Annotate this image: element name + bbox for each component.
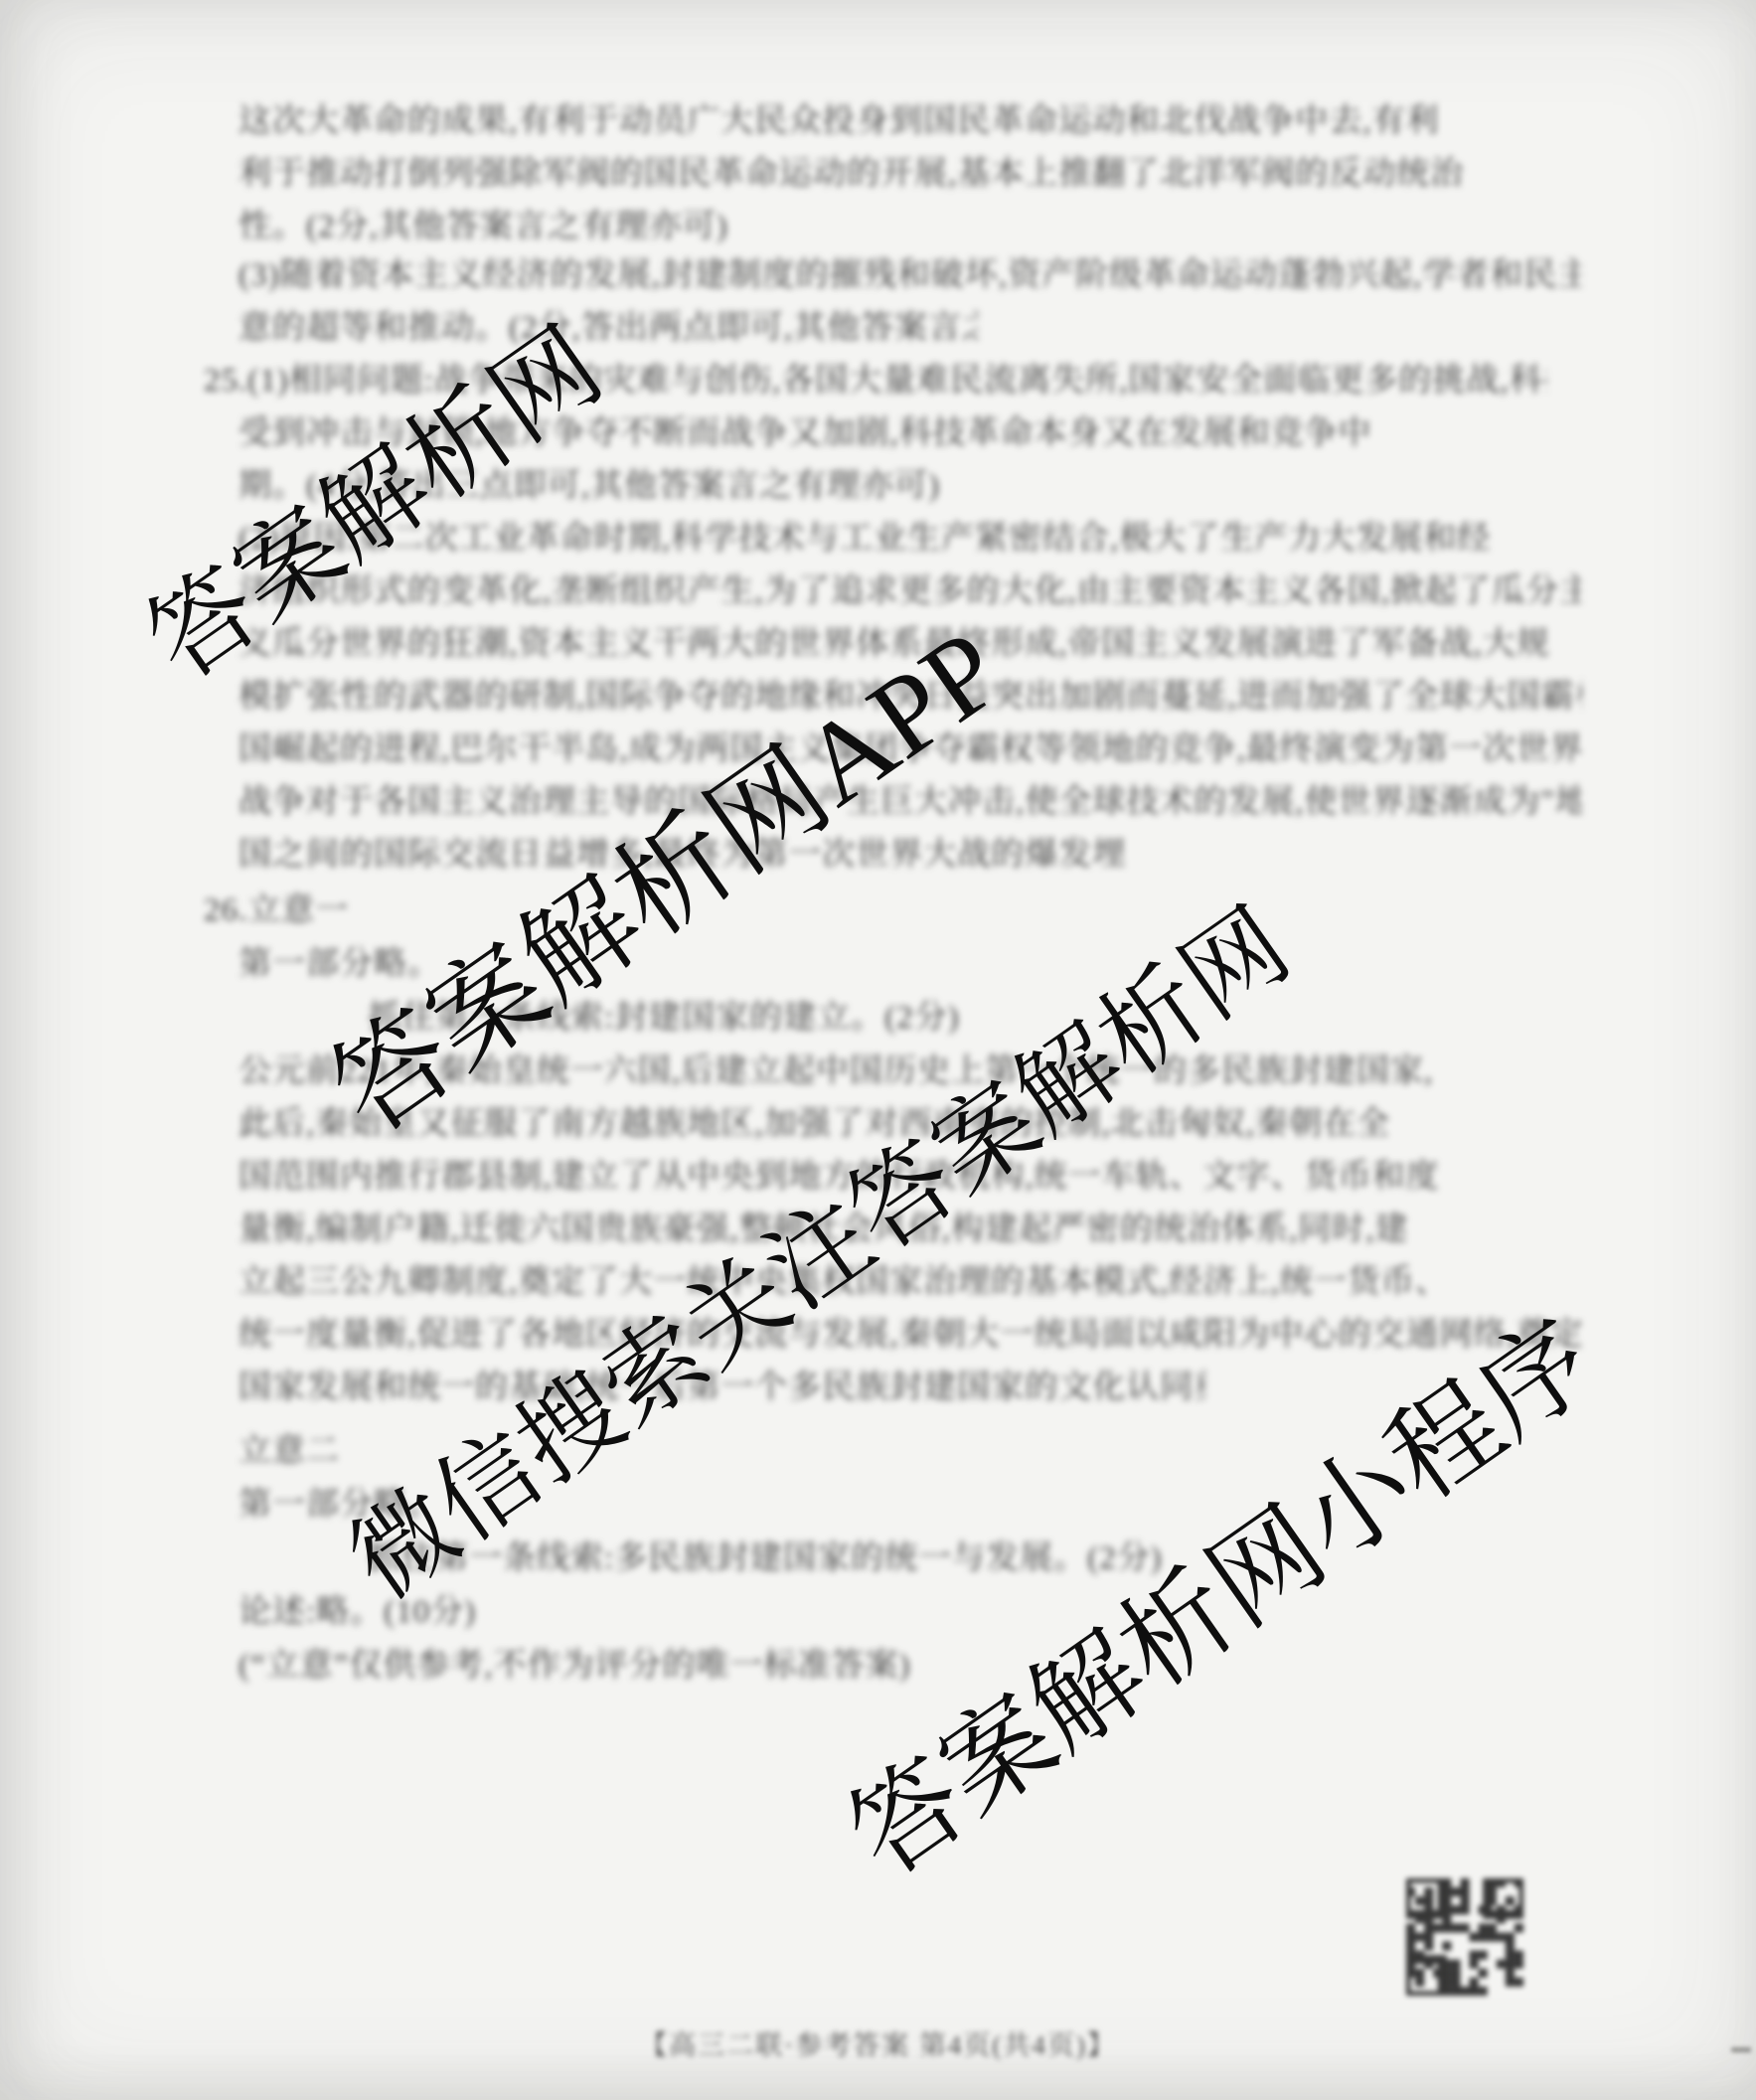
- answer-text-block: (3)随着资本主义经济的发展,封建制度的摧残和破坏,资产阶级革命运动蓬勃兴起,学…: [239, 249, 1582, 355]
- answer-text-line: 此后,秦始皇又征服了南方越族地区,加强了对西南夷的控制,北击匈奴,秦朝在全: [239, 1098, 1582, 1151]
- answer-text-line: (3)随着资本主义经济的发展,封建制度的摧残和破坏,资产阶级革命运动蓬勃兴起,学…: [239, 249, 1582, 302]
- answer-text-line: (“立意”仅供参考,不作为评分的唯一标准答案): [239, 1640, 911, 1693]
- answer-text-block: 论述:略。(10分): [239, 1586, 476, 1639]
- answer-text-line: 抓住第一条线索:封建国家的建立。(2分): [368, 992, 960, 1045]
- answer-text-block: 抓住第一条线索:多民族封建国家的统一与发展。(2分): [368, 1533, 1163, 1585]
- answer-text-line: 国家发展和统一的基础,统一后第一个多民族封建国家的文化认同奠定基础。(2分): [239, 1362, 1205, 1414]
- answer-text-line: (2)原因:第二次工业革命时期,科学技术与工业生产紧密结合,极大了生产力大发展和…: [239, 513, 1582, 565]
- answer-text-line: 抓住第一条线索:多民族封建国家的统一与发展。(2分): [368, 1533, 1163, 1585]
- answer-text-layer: 这次大革命的成果,有利于动员广大民众投身到国民革命运动和北伐战争中去,有利利于推…: [0, 0, 1756, 2100]
- answer-text-block: 第一部分略。: [239, 1479, 441, 1532]
- scanned-answer-sheet-page: 这次大革命的成果,有利于动员广大民众投身到国民革命运动和北伐战争中去,有利利于推…: [0, 0, 1756, 2100]
- answer-text-block: 公元前221年,秦始皇统一六国,后建立起中国历史上第一个统一的多民族封建国家,此…: [239, 1046, 1582, 1414]
- answer-text-line: 26.立意一: [204, 885, 349, 937]
- answer-text-line: 受到冲击与封锁,地方争夺不断而战争又加剧,科技革命本身又在发展和竞争中: [239, 407, 1582, 460]
- answer-text-line: 量衡,编制户籍,迁徙六国贵族豪强,整顿社会风俗,构建起严密的统治体系,同时,建: [239, 1204, 1582, 1256]
- answer-text-line: 25.(1)相同问题:战争带来的灾难与创伤,各国大量难民流离失所,国家安全面临更…: [204, 355, 1547, 407]
- answer-text-line: 立起三公九卿制度,奠定了大一统中央集权国家治理的基本模式,经济上,统一货币、: [239, 1256, 1582, 1309]
- answer-text-block: 25.(1)相同问题:战争带来的灾难与创伤,各国大量难民流离失所,国家安全面临更…: [204, 355, 1582, 513]
- answer-text-block: 26.立意一: [204, 885, 349, 937]
- answer-text-line: 公元前221年,秦始皇统一六国,后建立起中国历史上第一个统一的多民族封建国家,: [239, 1046, 1582, 1098]
- answer-text-line: 第一部分略。: [239, 938, 441, 991]
- answer-text-line: 意的超等和推动。(2分,答出两点即可,其他答案言之有理亦可): [239, 302, 978, 355]
- answer-text-block: 抓住第一条线索:封建国家的建立。(2分): [368, 992, 960, 1045]
- answer-text-line: 义瓜分世界的狂潮,资本主义干两大的世界体系最终形成,帝国主义发展演进了军备战,大…: [239, 618, 1582, 671]
- answer-text-line: 战争对于各国主义治理主导的国际格局产生巨大冲击,使全球技术的发展,使世界逐渐成为…: [239, 776, 1582, 829]
- answer-text-line: 利于推动打倒列强除军阀的国民革命运动的开展,基本上推翻了北洋军阀的反动统治: [239, 148, 1582, 201]
- answer-text-line: 国范围内推行郡县制,建立了从中央到地方的行政机构,统一车轨、文字、货币和度: [239, 1151, 1582, 1204]
- answer-text-line: 期。(4分,答出三点即可,其他答案言之有理亦可): [239, 460, 991, 513]
- page-footer: 【高三二联·参考答案 第4页(共4页)】: [0, 2023, 1756, 2062]
- answer-text-line: 立意二: [239, 1425, 340, 1478]
- answer-text-block: (2)原因:第二次工业革命时期,科学技术与工业生产紧密结合,极大了生产力大发展和…: [239, 513, 1582, 882]
- answer-text-block: 这次大革命的成果,有利于动员广大民众投身到国民革命运动和北伐战争中去,有利利于推…: [239, 95, 1582, 253]
- answer-text-line: 国之间的国际交流日益增多,最终为第一次世界大战的爆发埋下隐患。(4分,答出两点即…: [239, 829, 1125, 882]
- answer-text-line: 性。(2分,其他答案言之有理亦可): [239, 201, 776, 253]
- answer-text-line: 国崛起的进程,巴尔干半岛,成为两国主义集团争夺霸权等领地的竞争,最终演变为第一次…: [239, 724, 1582, 776]
- qr-code: [1406, 1878, 1523, 1996]
- answer-text-line: 模扩张性的武器的研制,国际争夺的地缘和冲突日益突出加剧而蔓延,进而加强了全球大国…: [239, 671, 1582, 724]
- answer-text-line: 第一部分略。: [239, 1479, 441, 1532]
- scan-edge-artifact: [1731, 2047, 1751, 2052]
- answer-text-line: 论述:略。(10分): [239, 1586, 476, 1639]
- answer-text-block: (“立意”仅供参考,不作为评分的唯一标准答案): [239, 1640, 911, 1693]
- answer-text-line: 济组织形式的变革化,垄断组织产生,为了追求更多的大化,由主要资本主义各国,掀起了…: [239, 565, 1582, 618]
- answer-text-line: 这次大革命的成果,有利于动员广大民众投身到国民革命运动和北伐战争中去,有利: [239, 95, 1582, 148]
- answer-text-line: 统一度量衡,促进了各地区经济的交流与发展,秦朝大一统局面以咸阳为中心的交通网络,…: [239, 1309, 1582, 1362]
- answer-text-block: 立意二: [239, 1425, 340, 1478]
- answer-text-block: 第一部分略。: [239, 938, 441, 991]
